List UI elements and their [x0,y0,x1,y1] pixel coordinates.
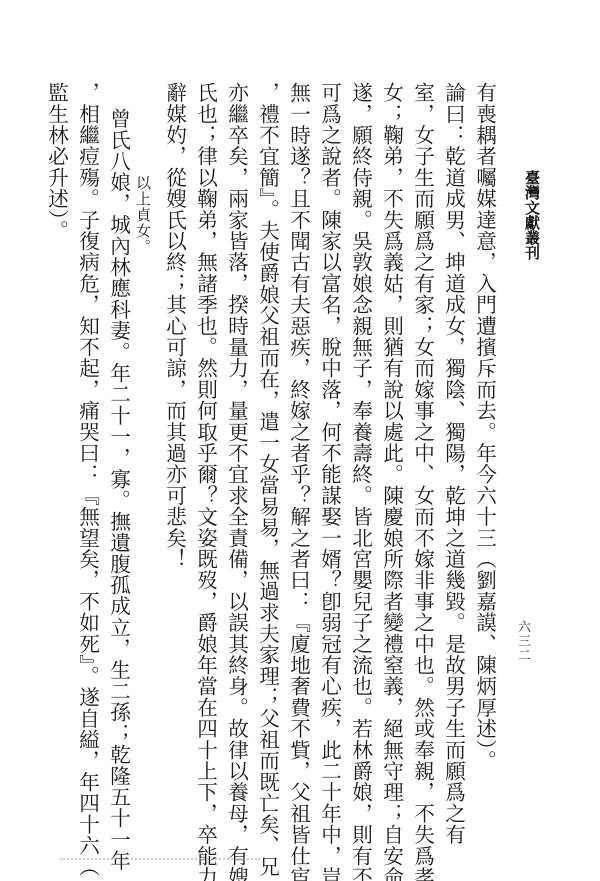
text-column-7: 無一時遂？且不聞古有夫惡疾，終嫁之者乎？解之者曰：『廈地奢費不貲，父祖皆仕宦 [288,82,309,881]
series-title: 臺灣文獻叢刊 [524,170,539,260]
scan-artifact [60,858,260,863]
text-column-2: 論曰：乾道成男、坤道成女，獨陰、獨陽，乾坤之道幾毀。是故男子生而願爲之有 [443,82,464,845]
text-column-10: 氏也；律以鞠弟，無諸季也。然則何取乎爾？文姿既歿，爵娘年當在四十上下，卒能力 [195,82,216,881]
section-note: 以上貞女。 [135,175,150,255]
page-number: 六三二 [516,620,529,662]
text-column-3: 室，女子生而願爲之有家；女而嫁事之中、女而不嫁非事之中也。然或奉親，不失爲孝 [412,82,433,881]
entry-column-2: ，相繼痘殤。子復病危，知不起，痛哭曰：『無望矣，不如死』。遂自縊，年四十六（ [77,82,98,877]
text-column-6: 可爲之說者。陳家以富名，脫中落，何不能謀娶一婿？卽弱冠有心疾，此二十年中，豈 [319,82,340,881]
text-column-4: 女；鞠弟，不失爲義姑，則猶有說以處此。陳慶娘所際者變禮窒義，絕無守理；自安命 [381,82,402,881]
text-column-1: 有喪耦者囑媒達意，入門遭擯斥而去。年今六十三（劉嘉謨、陳炳厚述）。 [474,82,495,771]
text-column-8: ，禮不宜簡』。夫使爵娘父祖而在，遣一女當易易，無過求夫家理；父祖而既亡矣、兄 [257,82,278,877]
text-column-5: 遂，願終侍親。吳敦娘念親無子，奉養壽終。皆北宮嬰兒子之流也。若林爵娘，則有不 [350,82,371,881]
text-column-9: 亦繼卒矣，兩家皆落，揆時量力，量更不宜求全責備，以誤其終身。故律以養母，有嫂 [226,82,247,881]
text-column-11: 辭媒妁，從嫂氏以終；其心可諒，而其過亦可悲矣！ [164,82,185,570]
scanned-page: 臺灣文獻叢刊 六三二 有喪耦者囑媒達意，入門遭擯斥而去。年今六十三（劉嘉謨、陳炳… [0,0,600,881]
entry-column-3: 監生林必升述）。 [46,82,67,241]
entry-column-1: 曾氏八娘，城內林應科妻。年二十一，寡。撫遺腹孤成立，生二孫；乾隆五十一年 [108,108,129,871]
